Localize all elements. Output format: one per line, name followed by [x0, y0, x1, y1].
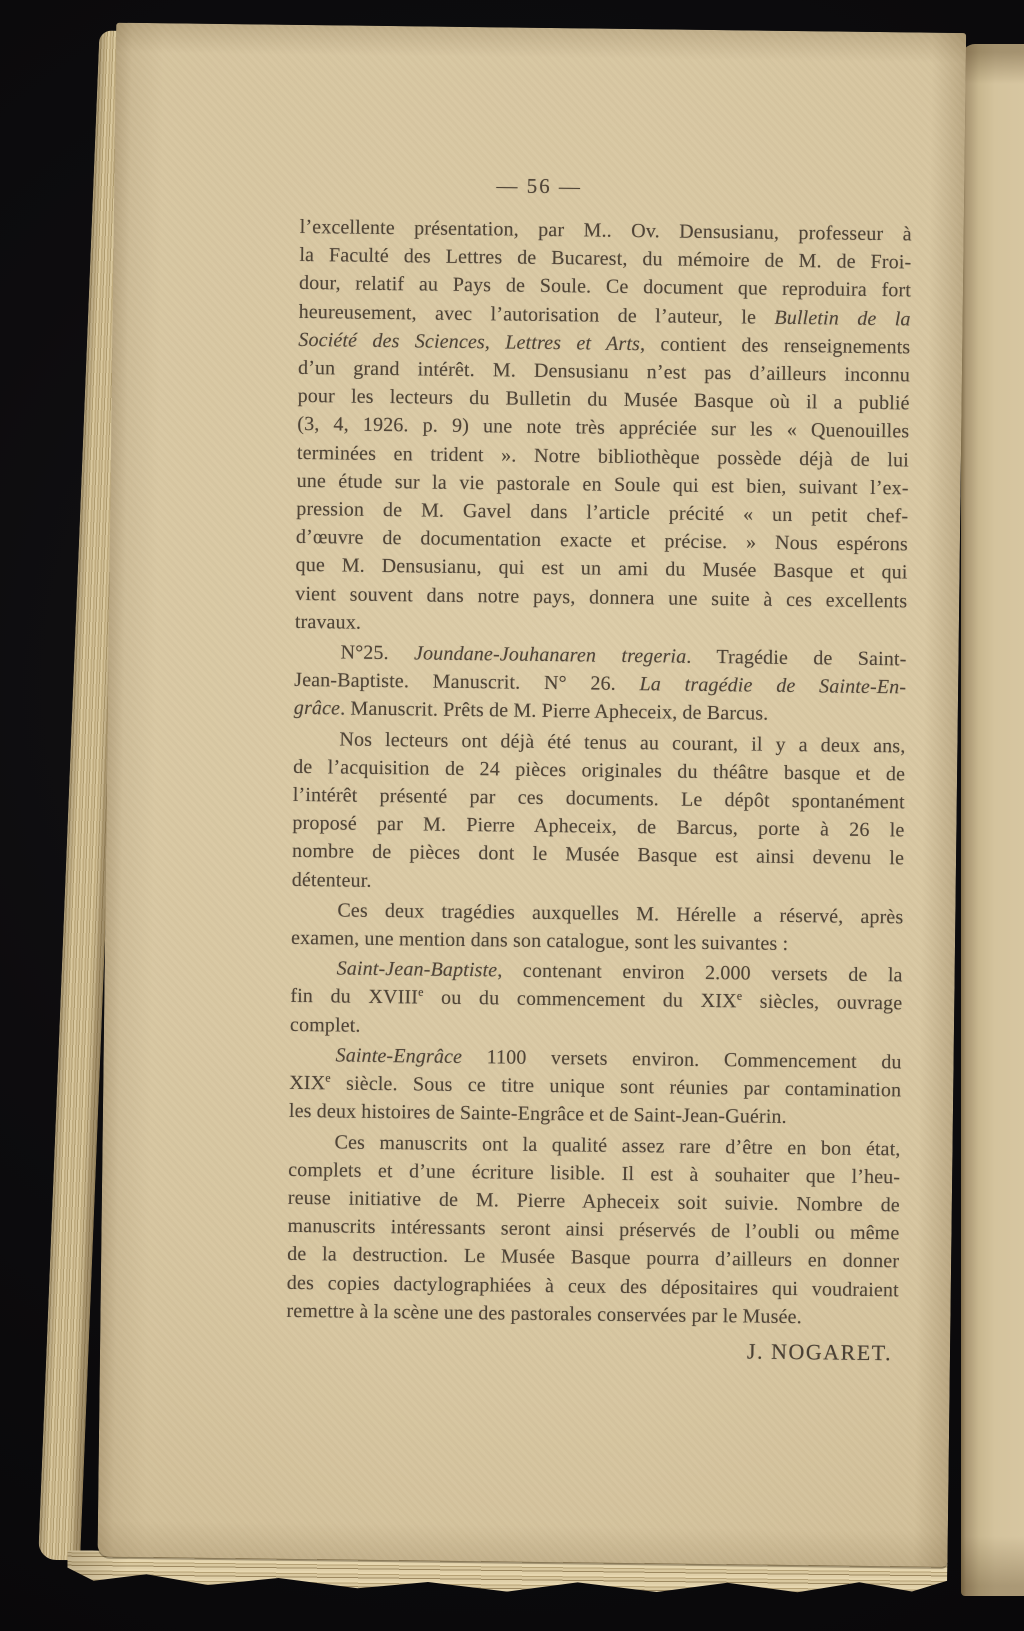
paragraph: Sainte-Engrâce 1100 versets environ. Com…: [289, 1041, 902, 1133]
page-number: — 56 —: [114, 167, 964, 205]
text-block: l’excellente présentation, par M.. Ov. D…: [286, 213, 912, 1332]
page-surface: — 56 — l’excellente présentation, par M.…: [97, 23, 966, 1567]
signature: J. NOGARET.: [100, 1331, 950, 1367]
paragraph: Nos lecteurs ont déjà été tenus au coura…: [292, 725, 906, 902]
paragraph: N°25. Joundane-Jouhanaren tregeria. Trag…: [294, 638, 907, 730]
photo-background: — 56 — l’excellente présentation, par M.…: [0, 0, 1024, 1631]
book-page: — 56 — l’excellente présentation, par M.…: [59, 20, 968, 1597]
paragraph: Saint-Jean-Baptiste, contenant environ 2…: [290, 954, 903, 1046]
paragraph: Ces deux tragédies auxquelles M. Hérelle…: [291, 896, 904, 960]
adjacent-page-sliver: [961, 44, 1024, 1596]
paragraph: Ces manuscrits ont la qualité assez rare…: [286, 1127, 900, 1332]
paragraph: l’excellente présentation, par M.. Ov. D…: [295, 213, 912, 643]
